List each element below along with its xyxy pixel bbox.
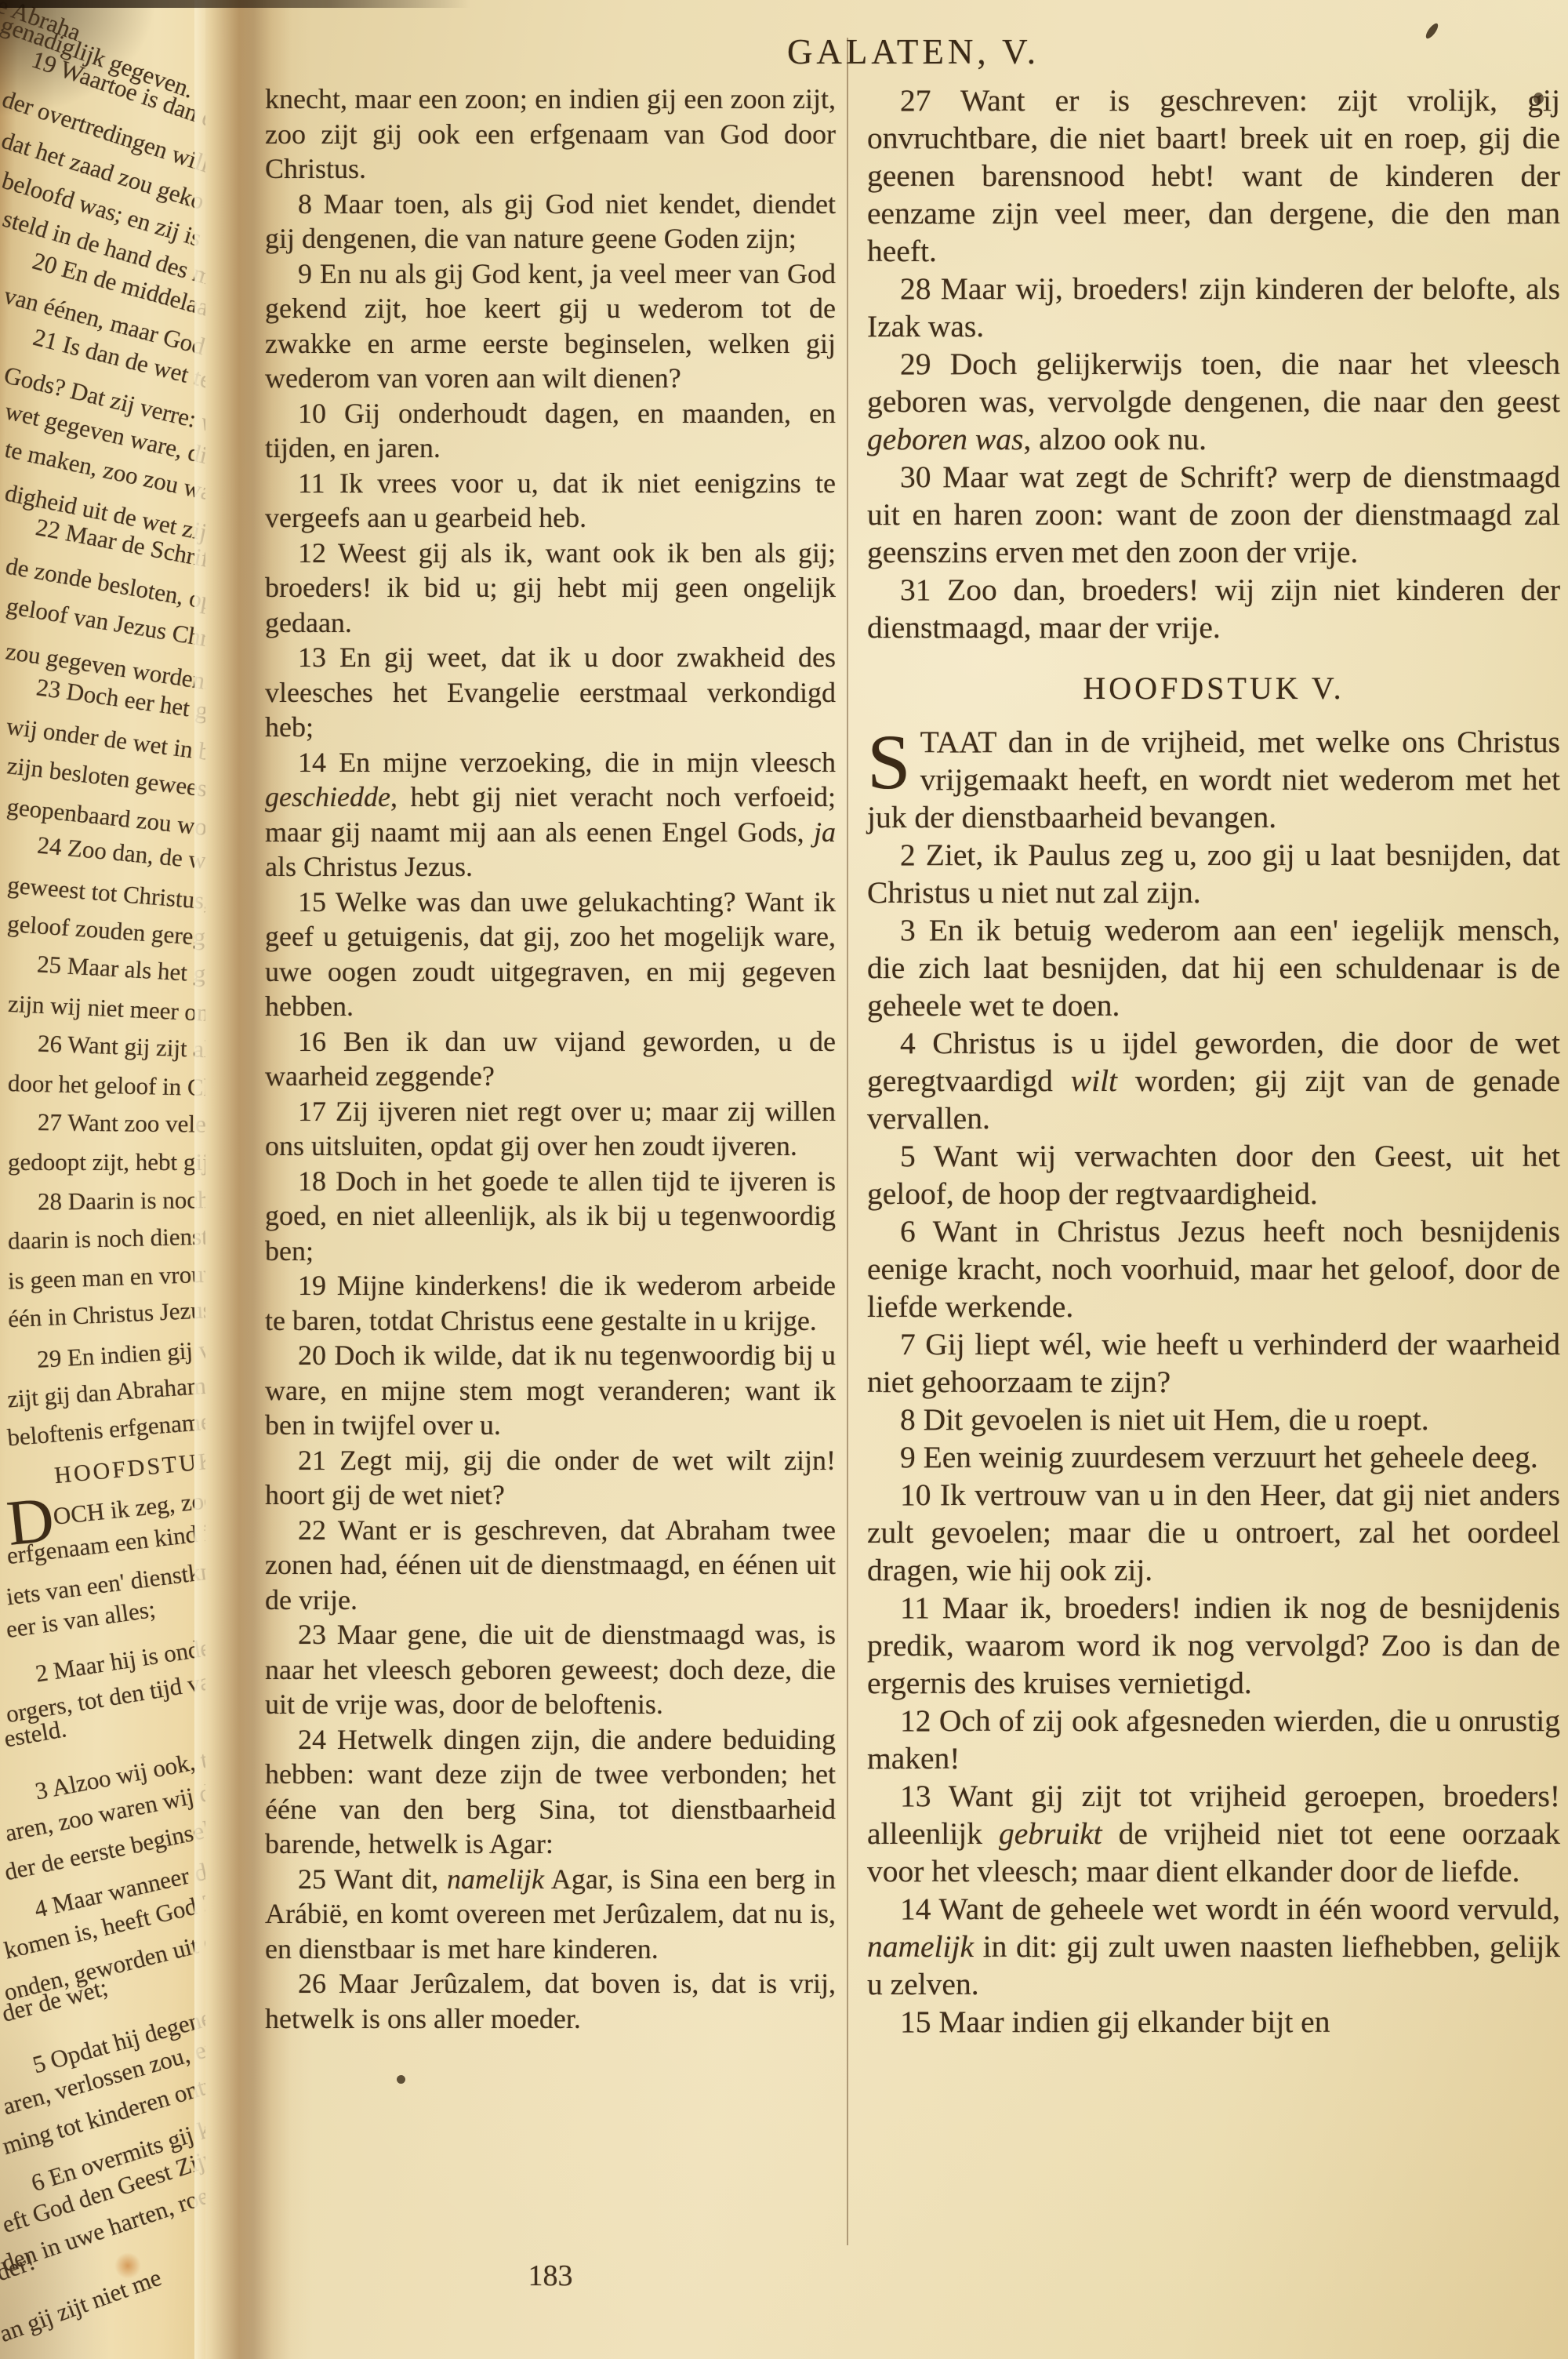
verse-paragraph: 9 Een weinig zuurdesem verzuurt het gehe… <box>867 1438 1560 1476</box>
verse-paragraph: 13 Want gij zijt tot vrijheid geroepen, … <box>867 1777 1560 1890</box>
page-number: 183 <box>480 2259 621 2293</box>
verse-paragraph: 9 En nu als gij God kent, ja veel meer v… <box>265 256 836 396</box>
continuation-paragraph: knecht, maar een zoon; en indien gij een… <box>265 82 836 187</box>
verse-paragraph: 20 Doch ik wilde, dat ik nu tegenwoordig… <box>265 1338 836 1443</box>
verse-paragraph: 5 Want wij verwachten door den Geest, ui… <box>867 1137 1560 1212</box>
verse-paragraph: 14 Want de geheele wet wordt in één woor… <box>867 1890 1560 2003</box>
verse-paragraph: 11 Maar ik, broeders! indien ik nog de b… <box>867 1589 1560 1702</box>
verse-paragraph: 14 En mijne verzoeking, die in mijn vlee… <box>265 745 836 885</box>
verse-paragraph: 24 Hetwelk dingen zijn, die andere bedui… <box>265 1722 836 1862</box>
verse-paragraph: 4 Christus is u ijdel geworden, die door… <box>867 1024 1560 1137</box>
verse-paragraph: 23 Maar gene, die uit de dienstmaagd was… <box>265 1617 836 1722</box>
verse-paragraph: 6 Want in Christus Jezus heeft noch besn… <box>867 1212 1560 1325</box>
chapter-heading: HOOFDSTUK V. <box>867 670 1560 707</box>
book-page-photo: e Abrahagenadiglijk gegeven.19 Waartoe i… <box>0 0 1568 2359</box>
edge-text-fragment: 25 Maar als het geloof gek <box>37 950 205 993</box>
verse-paragraph: 25 Want dit, namelijk Agar, is Sina een … <box>265 1862 836 1967</box>
edge-text-fragment: 29 En indien gij van Chr <box>37 1332 205 1374</box>
verse-paragraph: 10 Ik vertrouw van u in den Heer, dat gi… <box>867 1476 1560 1589</box>
left-page-edge: e Abrahagenadiglijk gegeven.19 Waartoe i… <box>0 0 205 2359</box>
verse-paragraph: 7 Gij liept wél, wie heeft u verhinderd … <box>867 1325 1560 1401</box>
verse-paragraph: 12 Weest gij als ik, want ook ik ben als… <box>265 536 836 641</box>
right-column-chapter5-verses: STAAT dan in de vrijheid, met welke ons … <box>867 723 1560 2041</box>
edge-text-fragment: één in Christus Jezus. <box>7 1296 205 1333</box>
edge-text-fragment: zijt gij dan Abrahams za <box>6 1369 205 1413</box>
verse-paragraph: 3 En ik betuig wederom aan een' iegelijk… <box>867 911 1560 1024</box>
edge-text-fragment: 28 Daarin is noch Jood <box>38 1185 205 1216</box>
verse-paragraph: 29 Doch gelijkerwijs toen, die naar het … <box>867 345 1560 458</box>
verse-paragraph: 13 En gij weet, dat ik u door zwakheid d… <box>265 640 836 745</box>
dropcap-letter: S <box>867 731 911 794</box>
verse-paragraph: 8 Maar toen, als gij God niet kendet, di… <box>265 187 836 256</box>
edge-text-fragment: geloof zouden geregtvaardig <box>6 910 205 958</box>
verse-paragraph: 2 Ziet, ik Paulus zeg u, zoo gij u laat … <box>867 836 1560 911</box>
edge-text-fragment: is geen man en vrouw; wa <box>7 1258 205 1295</box>
verse-paragraph: 15 Maar indien gij elkander bijt en <box>867 2003 1560 2041</box>
verse-paragraph: 22 Want er is geschreven, dat Abraham tw… <box>265 1513 836 1618</box>
verse-paragraph: 15 Welke was dan uwe gelukachting? Want … <box>265 885 836 1024</box>
page-top-shadow <box>0 0 470 8</box>
verse-paragraph: 26 Maar Jerûzalem, dat boven is, dat is … <box>265 1966 836 2036</box>
edge-text-fragment: door het geloof in Christus <box>8 1069 205 1103</box>
verse-paragraph: 31 Zoo dan, broeders! wij zijn niet kind… <box>867 571 1560 646</box>
left-column: knecht, maar een zoon; en indien gij een… <box>265 82 836 2036</box>
foxing-stain <box>114 2252 141 2279</box>
edge-text-fragment: 26 Want gij zijt allen kin <box>37 1030 205 1067</box>
verse-paragraph: 18 Doch in het goede te allen tijd te ij… <box>265 1164 836 1269</box>
verse-paragraph: 19 Mijne kinderkens! die ik wederom arbe… <box>265 1268 836 1338</box>
edge-text-fragment: daarin is noch dienstbare <box>8 1222 205 1256</box>
verse-paragraph: 8 Dit gevoelen is niet uit Hem, die u ro… <box>867 1401 1560 1438</box>
edge-text-fragment: HOOFDSTUK IV. <box>53 1444 205 1489</box>
column-divider <box>847 38 848 2245</box>
ink-speck <box>397 2075 405 2084</box>
edge-text-fragment: gedoopt zijt, hebt gij Chris <box>8 1148 205 1176</box>
right-column: 27 Want er is geschreven: zijt vrolijk, … <box>867 82 1560 2041</box>
verse-paragraph: 30 Maar wat zegt de Schrift? werp de die… <box>867 458 1560 571</box>
edge-text-fragment: beloftenis erfgenamen. <box>6 1406 205 1452</box>
verse-paragraph: 28 Maar wij, broeders! zijn kinderen der… <box>867 270 1560 345</box>
verse-paragraph: 11 Ik vrees voor u, dat ik niet eenigzin… <box>265 466 836 536</box>
verse-paragraph: 12 Och of zij ook afgesneden wierden, di… <box>867 1702 1560 1777</box>
continuation-paragraph: STAAT dan in de vrijheid, met welke ons … <box>867 723 1560 836</box>
verse-paragraph: 17 Zij ijveren niet regt over u; maar zi… <box>265 1094 836 1164</box>
verse-paragraph: 21 Zegt mij, gij die onder de wet wilt z… <box>265 1443 836 1513</box>
verse-paragraph: 16 Ben ik dan uw vijand geworden, u de w… <box>265 1024 836 1094</box>
ink-speck <box>1534 93 1544 104</box>
verse-paragraph: 27 Want er is geschreven: zijt vrolijk, … <box>867 82 1560 270</box>
right-column-chapter4-verses: 27 Want er is geschreven: zijt vrolijk, … <box>867 82 1560 646</box>
verse-paragraph: 10 Gij onderhoudt dagen, en maanden, en … <box>265 396 836 466</box>
page-header-title: GALATEN, V. <box>267 31 1560 72</box>
edge-text-fragment: 27 Want zoo velen als gij <box>38 1109 205 1140</box>
edge-text-fragment: zijn wij niet meer onder den <box>7 990 205 1030</box>
